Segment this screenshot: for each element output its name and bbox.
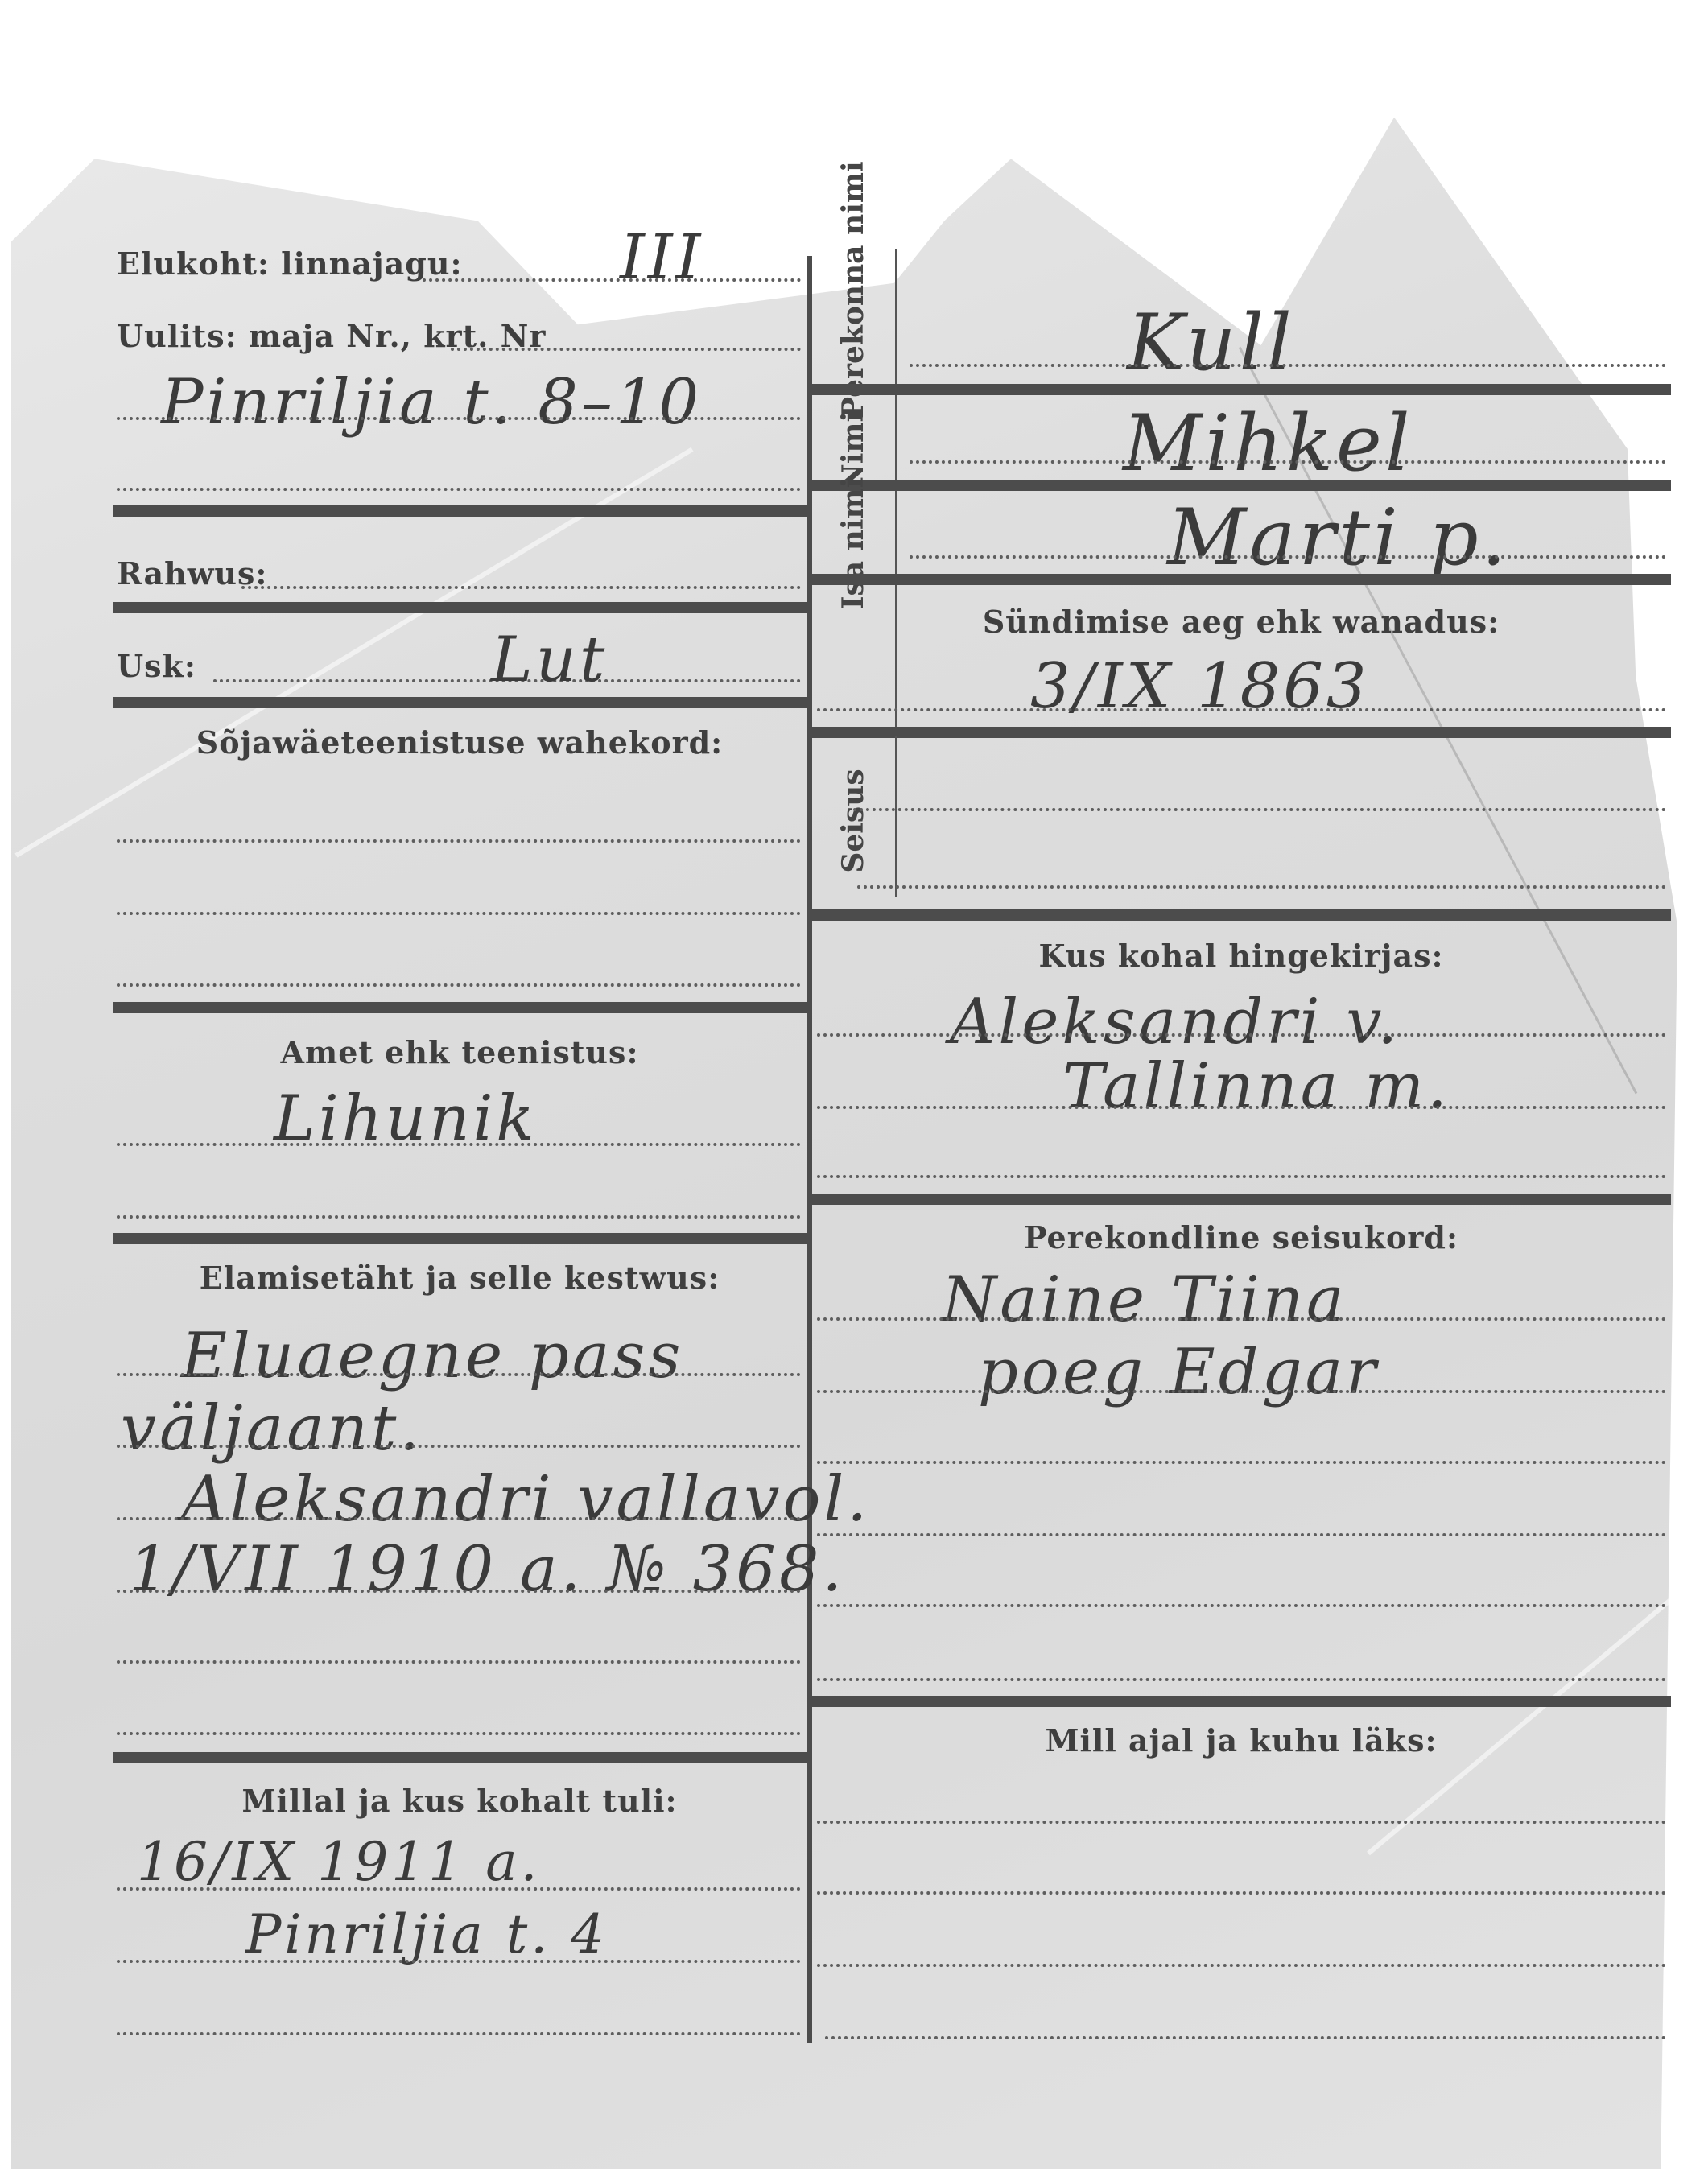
perekondline-line-2: poeg Edgar	[978, 1336, 1379, 1408]
lahkus-line-1	[817, 1821, 1666, 1824]
nimi-value: Mihkel	[1123, 398, 1413, 489]
uulits-line-2	[117, 417, 801, 420]
millal-tuli-label: Millal ja kus kohalt tuli:	[113, 1783, 807, 1819]
amet-label: Amet ehk teenistus:	[113, 1034, 807, 1070]
section-rule	[811, 1696, 1671, 1707]
perekondline-rule-5	[817, 1604, 1666, 1607]
elamisetaht-rule-2	[117, 1445, 801, 1448]
label-divider	[895, 736, 897, 897]
section-rule	[811, 480, 1671, 491]
elamisetaht-line-3: Aleksandri vallavol.	[181, 1463, 870, 1536]
elamisetaht-label: Elamisetäht ja selle kestwus:	[113, 1260, 807, 1296]
perekondline-rule-3	[817, 1461, 1666, 1464]
column-divider	[807, 256, 812, 2043]
sojavae-line-1	[117, 839, 801, 843]
perekondline-rule-1	[817, 1317, 1666, 1321]
seisus-label: Seisus	[837, 740, 869, 901]
section-rule	[113, 1752, 807, 1763]
hingekirjas-rule-2	[817, 1106, 1666, 1109]
section-rule	[811, 384, 1671, 395]
section-rule	[811, 909, 1671, 921]
usk-label: Usk:	[117, 648, 196, 684]
elukoht-value: III	[620, 221, 703, 294]
isa-nimi-label: Isa nimi	[837, 463, 869, 624]
section-rule	[113, 1233, 807, 1244]
perekonna-nimi-line	[910, 364, 1666, 367]
elamisetaht-rule-6	[117, 1732, 801, 1735]
section-rule	[113, 697, 807, 708]
perekondline-label: Perekondline seisukord:	[811, 1219, 1671, 1256]
millal-tuli-rule-3	[117, 2032, 801, 2035]
millal-tuli-line-1: 16/IX 1911 a.	[137, 1831, 541, 1893]
perekondline-line-1: Naine Tiina	[942, 1264, 1347, 1336]
perekonna-nimi-value: Kull	[1127, 298, 1295, 388]
nimi-line	[910, 460, 1666, 464]
section-rule	[811, 1194, 1671, 1205]
uulits-line-3	[117, 488, 801, 491]
millal-tuli-rule-1	[117, 1887, 801, 1891]
lahkus-line-3	[817, 1964, 1666, 1967]
sojavae-line-2	[117, 912, 801, 915]
seisus-line-1	[853, 808, 1666, 811]
perekondline-rule-2	[817, 1390, 1666, 1393]
sundimise-value: 3/IX 1863	[1030, 650, 1370, 723]
section-rule	[113, 505, 807, 517]
amet-line-1	[117, 1143, 801, 1146]
section-rule	[811, 574, 1671, 585]
hingekirjas-rule-1	[817, 1033, 1666, 1037]
hingekirjas-line-2: Tallinna m.	[1062, 1050, 1450, 1123]
millal-tuli-line-2: Pinriljia t. 4	[245, 1903, 608, 1965]
seisus-line-2	[857, 885, 1666, 889]
elamisetaht-line-1: Eluaegne pass	[181, 1320, 683, 1392]
hingekirjas-line-1: Aleksandri v.	[950, 986, 1401, 1058]
elukoht-line	[423, 278, 801, 282]
section-rule	[811, 727, 1671, 738]
elamisetaht-rule-1	[117, 1373, 801, 1376]
sojavae-line-3	[117, 983, 801, 987]
elamisetaht-rule-3	[117, 1517, 801, 1520]
sojavae-label: Sõjawäeteenistuse wahekord:	[113, 724, 807, 761]
isa-nimi-value: Marti p.	[1167, 493, 1509, 583]
elamisetaht-rule-5	[117, 1660, 801, 1664]
elukoht-label: Elukoht: linnajagu:	[117, 245, 463, 282]
uulits-line	[451, 348, 801, 351]
hingekirjas-rule-3	[817, 1175, 1666, 1178]
millal-tuli-rule-2	[117, 1960, 801, 1963]
rahwus-line	[241, 586, 801, 589]
elamisetaht-rule-4	[117, 1590, 801, 1593]
elamisetaht-line-4: 1/VII 1910 a. № 368.	[129, 1533, 845, 1606]
section-rule	[113, 602, 807, 613]
amet-line-2	[117, 1215, 801, 1219]
perekondline-rule-4	[817, 1533, 1666, 1536]
lahkus-line-2	[817, 1891, 1666, 1895]
sundimise-label: Sündimise aeg ehk wanadus:	[811, 604, 1671, 640]
perekondline-rule-6	[817, 1678, 1666, 1681]
usk-value: Lut	[491, 624, 608, 696]
isa-nimi-line	[910, 555, 1666, 559]
hingekirjas-label: Kus kohal hingekirjas:	[811, 938, 1671, 974]
uulits-value: Pinriljia t. 8–10	[161, 366, 702, 439]
sundimise-line	[817, 708, 1666, 711]
lahkus-line-4	[825, 2036, 1666, 2039]
elamisetaht-line-2: väljaant.	[121, 1392, 423, 1465]
lahkus-label: Mill ajal ja kuhu läks:	[811, 1722, 1671, 1759]
section-rule	[113, 1002, 807, 1013]
